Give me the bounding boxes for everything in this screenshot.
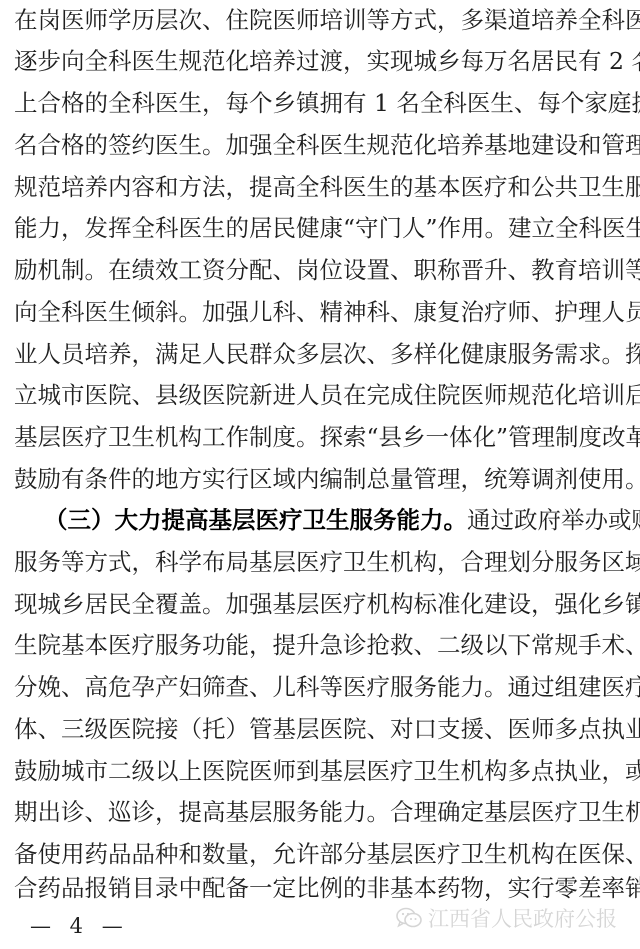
- text-line: 名合格的签约医生。加强全科医生规范化培养基地建设和管理。: [14, 130, 628, 160]
- text-line: 基层医疗卫生机构工作制度。探索“县乡一体化”管理制度改革，: [14, 422, 628, 452]
- text-line: 鼓励城市二级以上医院医师到基层医疗卫生机构多点执业，或者定: [14, 756, 628, 786]
- text-line: 上合格的全科医生，每个乡镇拥有 1 名全科医生、每个家庭拥有 1: [14, 88, 628, 118]
- text-line: 服务等方式，科学布局基层医疗卫生机构，合理划分服务区域，实: [14, 547, 628, 577]
- text-line: 向全科医生倾斜。加强儿科、精神科、康复治疗师、护理人员等专: [14, 297, 628, 327]
- page-number: — 4 —: [30, 912, 129, 940]
- section-heading-continuation: 通过政府举办或购买: [467, 506, 640, 534]
- text-line: 备使用药品品种和数量，允许部分基层医疗卫生机构在医保、新农: [14, 839, 628, 869]
- text-line: 体、三级医院接（托）管基层医院、对口支援、医师多点执业等方式，: [14, 714, 628, 744]
- text-line: 能力，发挥全科医生的居民健康“守门人”作用。建立全科医生激: [14, 213, 628, 243]
- text-line: 期出诊、巡诊，提高基层服务能力。合理确定基层医疗卫生机构配: [14, 797, 628, 827]
- text-line: 分娩、高危孕产妇筛查、儿科等医疗服务能力。通过组建医疗联合: [14, 672, 628, 702]
- watermark: 江西省人民政府公报: [394, 903, 617, 933]
- text-line: 业人员培养，满足人民群众多层次、多样化健康服务需求。探索建: [14, 339, 628, 369]
- section-heading-line: （三）大力提高基层医疗卫生服务能力。通过政府举办或购买: [44, 505, 628, 535]
- text-line: 励机制。在绩效工资分配、岗位设置、职称晋升、教育培训等方面: [14, 255, 628, 285]
- watermark-text: 江西省人民政府公报: [428, 903, 617, 933]
- text-line: 在岗医师学历层次、住院医师培训等方式，多渠道培养全科医生，: [14, 5, 628, 35]
- text-line: 生院基本医疗服务功能，提升急诊抢救、二级以下常规手术、正常: [14, 630, 628, 660]
- text-line: 现城乡居民全覆盖。加强基层医疗机构标准化建设，强化乡镇卫: [14, 589, 628, 619]
- section-heading: （三）大力提高基层医疗卫生服务能力。: [44, 506, 467, 534]
- wechat-icon: [394, 905, 424, 931]
- text-line: 合药品报销目录中配备一定比例的非基本药物，实行零差率销售，: [14, 873, 628, 903]
- text-line: 鼓励有条件的地方实行区域内编制总量管理，统筹调剂使用。: [14, 464, 628, 494]
- text-line: 规范培养内容和方法，提高全科医生的基本医疗和公共卫生服务: [14, 172, 628, 202]
- document-page: 在岗医师学历层次、住院医师培训等方式，多渠道培养全科医生， 逐步向全科医生规范化…: [0, 0, 640, 949]
- text-line: 逐步向全科医生规范化培养过渡，实现城乡每万名居民有 2 名以: [14, 46, 628, 76]
- text-line: 立城市医院、县级医院新进人员在完成住院医师规范化培训后到: [14, 380, 628, 410]
